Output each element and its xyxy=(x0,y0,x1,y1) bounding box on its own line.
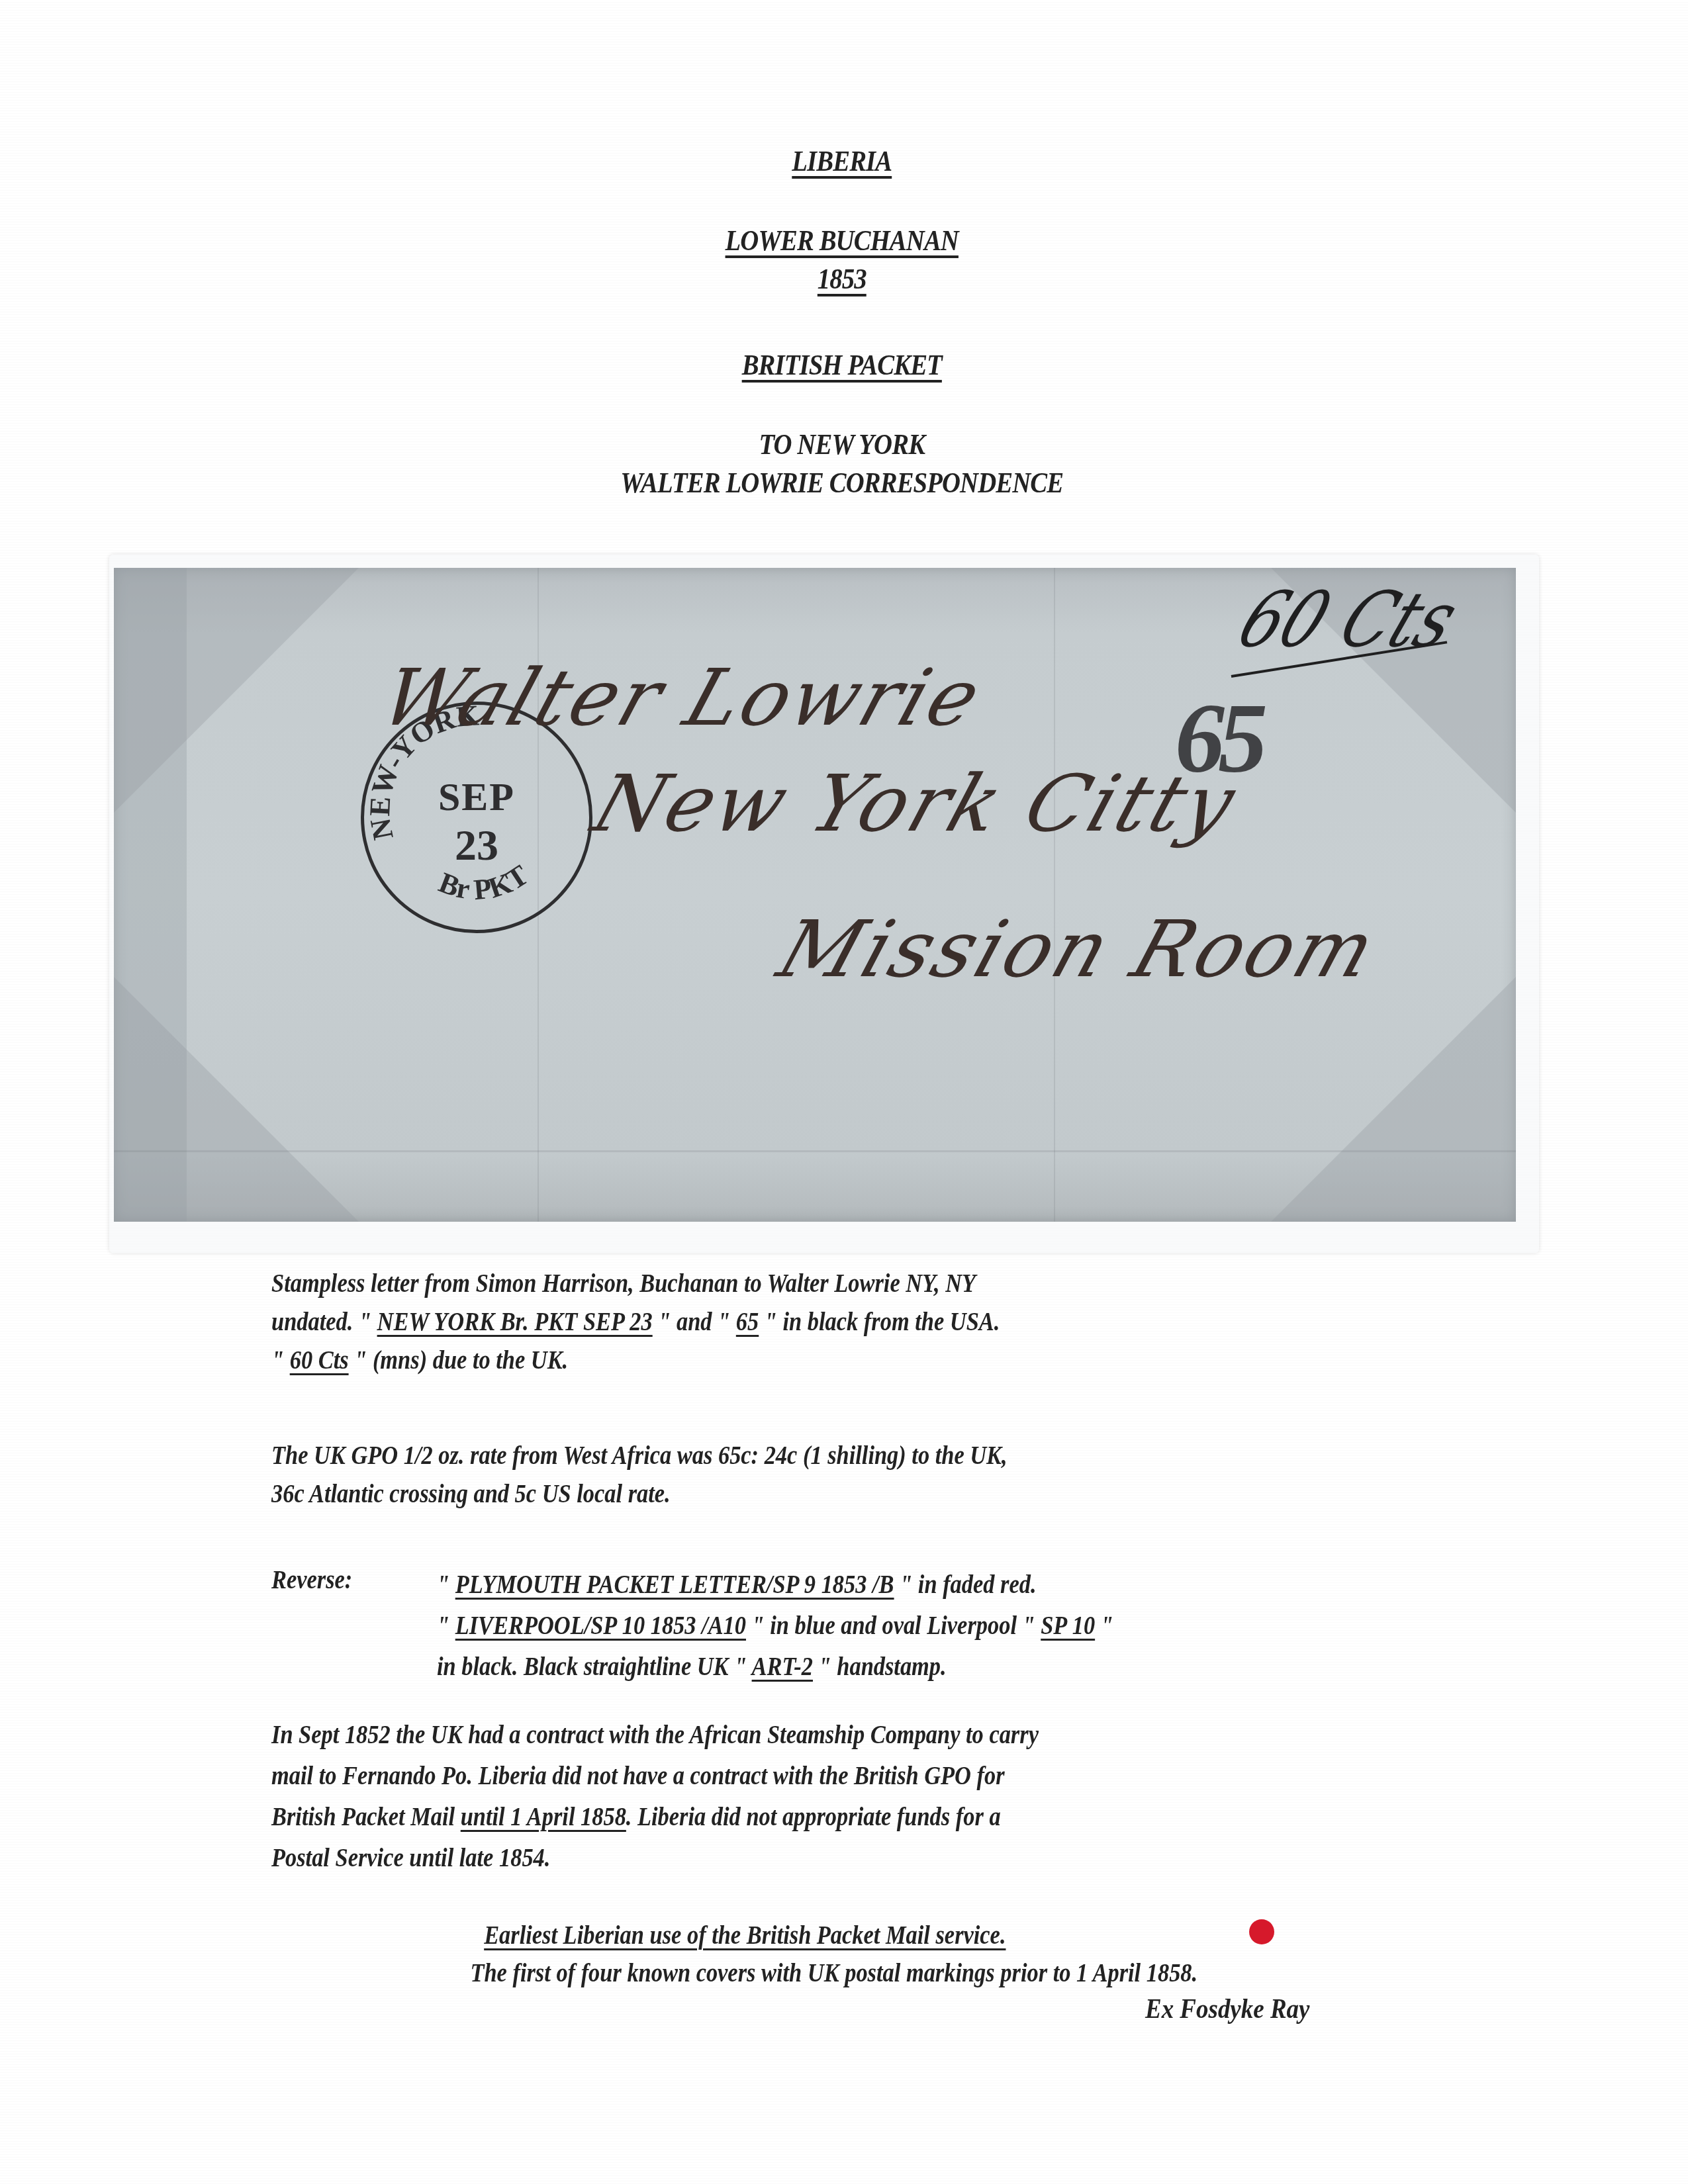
marking-65: 65 xyxy=(736,1306,759,1336)
fold-line xyxy=(1054,568,1055,1222)
heading-country: LIBERIA xyxy=(99,147,1585,176)
text: in black. Black straightline UK " xyxy=(437,1651,752,1681)
postmark-month: SEP xyxy=(364,774,589,820)
heading-destination: TO NEW YORK xyxy=(99,430,1585,459)
text: " in faded red. xyxy=(894,1569,1037,1599)
heading-correspondence: WALTER LOWRIE CORRESPONDENCE xyxy=(99,469,1585,498)
postmark-day: 23 xyxy=(364,821,589,871)
text: " in blue and oval Liverpool " xyxy=(746,1610,1041,1640)
heading-year: 1853 xyxy=(99,265,1585,294)
text: " in black from the USA. xyxy=(759,1306,1000,1336)
reverse-markings: " PLYMOUTH PACKET LETTER/SP 9 1853 /B " … xyxy=(437,1564,1113,1687)
red-dot-marker-icon xyxy=(1249,1919,1274,1944)
text: " xyxy=(437,1610,455,1640)
heading-town-text: LOWER BUCHANAN xyxy=(726,224,959,257)
text: " handstamp. xyxy=(813,1651,947,1681)
mount-corner-bottom-right xyxy=(1271,977,1516,1222)
para3-line4: Postal Service until late 1854. xyxy=(271,1837,1274,1878)
text: undated. " xyxy=(271,1306,377,1336)
reverse-label: Reverse: xyxy=(271,1564,352,1595)
address-line-city: New York Citty xyxy=(583,758,1248,849)
provenance: Ex Fosdyke Ray xyxy=(1145,1993,1309,2025)
reverse-line2: " LIVERPOOL/SP 10 1853 /A10 " in blue an… xyxy=(437,1605,1113,1646)
description-para2: The UK GPO 1/2 oz. rate from West Africa… xyxy=(271,1436,1274,1513)
census-statement: The first of four known covers with UK p… xyxy=(0,1957,1678,1988)
text: " and " xyxy=(653,1306,736,1336)
heading-country-text: LIBERIA xyxy=(792,145,892,177)
heading-year-text: 1853 xyxy=(818,263,867,295)
date-until-1-april-1858: until 1 April 1858 xyxy=(461,1801,626,1831)
para2-line1: The UK GPO 1/2 oz. rate from West Africa… xyxy=(271,1436,1274,1475)
manuscript-due-rate: 60 Cts xyxy=(1227,575,1470,664)
para2-line2: 36c Atlantic crossing and 5c US local ra… xyxy=(271,1475,1274,1513)
mount-corner-bottom-left xyxy=(114,977,359,1222)
mount-corner-top-left xyxy=(114,568,359,813)
description-para1: Stampless letter from Simon Harrison, Bu… xyxy=(271,1264,1274,1379)
address-line-room: Mission Room xyxy=(768,903,1389,995)
census-text: The first of four known covers with UK p… xyxy=(471,1957,1198,1988)
highlight-text: Earliest Liberian use of the British Pac… xyxy=(484,1919,1006,1950)
text: " xyxy=(437,1569,455,1599)
text: . Liberia did not appropriate funds for … xyxy=(626,1801,1001,1831)
handstamp-charge-65: 65 xyxy=(1175,682,1261,796)
marking-plymouth: PLYMOUTH PACKET LETTER/SP 9 1853 /B xyxy=(455,1569,894,1599)
text: " xyxy=(271,1345,290,1375)
text: British Packet Mail xyxy=(271,1801,461,1831)
marking-liverpool: LIVERPOOL/SP 10 1853 /A10 xyxy=(455,1610,746,1640)
heading-town: LOWER BUCHANAN xyxy=(99,226,1585,255)
para1-line1: Stampless letter from Simon Harrison, Bu… xyxy=(271,1264,1274,1302)
para3-line2: mail to Fernando Po. Liberia did not hav… xyxy=(271,1755,1274,1796)
marking-60-cts: 60 Cts xyxy=(290,1345,349,1375)
fold-line xyxy=(114,1150,1516,1152)
text: " xyxy=(1095,1610,1113,1640)
para3-line3: British Packet Mail until 1 April 1858. … xyxy=(271,1796,1274,1837)
description-para3: In Sept 1852 the UK had a contract with … xyxy=(271,1714,1274,1878)
para1-line3: " 60 Cts " (mns) due to the UK. xyxy=(271,1341,1274,1379)
para3-line1: In Sept 1852 the UK had a contract with … xyxy=(271,1714,1274,1755)
heading-route-text: BRITISH PACKET xyxy=(742,349,942,381)
reverse-line1: " PLYMOUTH PACKET LETTER/SP 9 1853 /B " … xyxy=(437,1564,1113,1605)
heading-route: BRITISH PACKET xyxy=(99,351,1585,380)
marking-art-2: ART-2 xyxy=(752,1651,813,1681)
text: " (mns) due to the UK. xyxy=(349,1345,569,1375)
marking-new-york: NEW YORK Br. PKT SEP 23 xyxy=(377,1306,653,1336)
address-line-name: Walter Lowrie xyxy=(371,652,994,743)
highlight-statement: Earliest Liberian use of the British Pac… xyxy=(0,1919,1589,1950)
reverse-line3: in black. Black straightline UK " ART-2 … xyxy=(437,1646,1113,1687)
para1-line2: undated. " NEW YORK Br. PKT SEP 23 " and… xyxy=(271,1302,1274,1341)
marking-sp-10: SP 10 xyxy=(1041,1610,1095,1640)
